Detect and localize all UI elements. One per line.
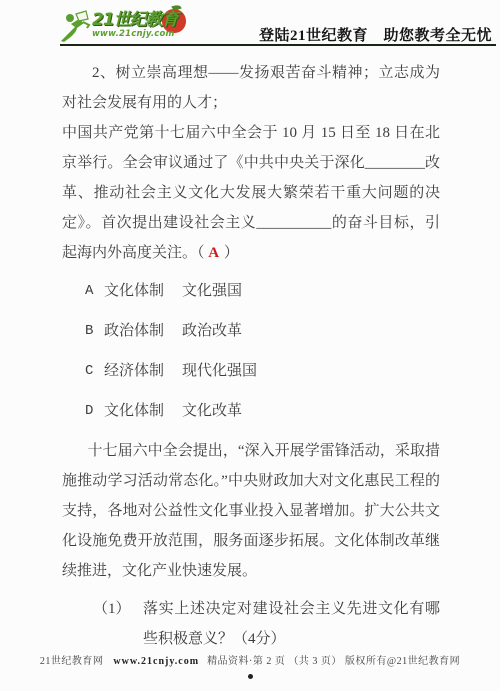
footer-site-url: www.21cnjy.com xyxy=(113,656,199,667)
footer-dot xyxy=(248,674,253,679)
option-letter: D xyxy=(85,396,93,426)
option-second-blank: 文化改革 xyxy=(182,396,242,426)
document-body: 2、树立崇高理想——发扬艰苦奋斗精神；立志成为对社会发展有用的人才； 中国共产党… xyxy=(0,46,500,654)
page-header: 21世纪教育 www.21cnjy.com 登陆21世纪教育 助您教考全无忧 xyxy=(0,0,500,46)
option-second-blank: 文化强国 xyxy=(182,276,242,306)
brand-logo: 21世纪教育 www.21cnjy.com xyxy=(58,9,188,45)
option-b: B 政治体制 政治改革 xyxy=(62,316,440,346)
option-c: C 经济体制 现代化强国 xyxy=(62,356,440,386)
page-footer: 21世纪教育网www.21cnjy.com精品资料·第 2 页 （共 3 页） … xyxy=(0,652,500,667)
option-letter: C xyxy=(85,356,93,386)
paragraph-ideals: 2、树立崇高理想——发扬艰苦奋斗精神；立志成为对社会发展有用的人才； xyxy=(62,58,440,118)
question-text-before-answer: 中国共产党第十七届六中全会于 10 月 15 日至 18 日在北京举行。全会审议… xyxy=(62,125,440,261)
answer-letter: A xyxy=(208,245,220,261)
brand-url: www.21cnjy.com xyxy=(92,30,178,39)
option-first-blank: 政治体制 xyxy=(104,316,164,346)
option-second-blank: 政治改革 xyxy=(182,316,242,346)
question-text-after-answer: ） xyxy=(220,245,239,261)
option-d: D 文化体制 文化改革 xyxy=(62,396,440,426)
option-a: A 文化体制 文化强国 xyxy=(62,276,440,306)
option-first-blank: 文化体制 xyxy=(104,396,164,426)
option-letter: B xyxy=(85,316,93,346)
footer-page-info: 精品资料·第 2 页 （共 3 页） 版权所有@21世纪教育网 xyxy=(207,656,460,667)
brand-text-block: 21世纪教育 www.21cnjy.com xyxy=(92,11,178,39)
option-second-blank: 现代化强国 xyxy=(182,356,257,386)
sub-question-number: （1） xyxy=(93,594,131,624)
sub-question-1: （1） 落实上述决定对建设社会主义先进文化有哪些积极意义？（4分） xyxy=(62,594,440,654)
brand-name: 21世纪教育 xyxy=(92,11,178,29)
options-list: A 文化体制 文化强国 B 政治体制 政治改革 C 经济体制 现代化强国 D 文… xyxy=(62,276,440,426)
option-first-blank: 经济体制 xyxy=(104,356,164,386)
runner-icon xyxy=(58,10,92,44)
paragraph-leifeng: 十七届六中全会提出，“深入开展学雷锋活动，采取措施推动学习活动常态化。”中央财政… xyxy=(62,436,440,586)
option-first-blank: 文化体制 xyxy=(104,276,164,306)
option-letter: A xyxy=(85,276,93,306)
paragraph-plenary-question: 中国共产党第十七届六中全会于 10 月 15 日至 18 日在北京举行。全会审议… xyxy=(62,118,440,268)
sub-question-text: 落实上述决定对建设社会主义先进文化有哪些积极意义？（4分） xyxy=(143,594,440,654)
document-page: 21世纪教育 www.21cnjy.com 登陆21世纪教育 助您教考全无忧 2… xyxy=(0,0,500,691)
footer-site-name: 21世纪教育网 xyxy=(40,656,104,667)
header-slogan: 登陆21世纪教育 助您教考全无忧 xyxy=(259,24,492,45)
